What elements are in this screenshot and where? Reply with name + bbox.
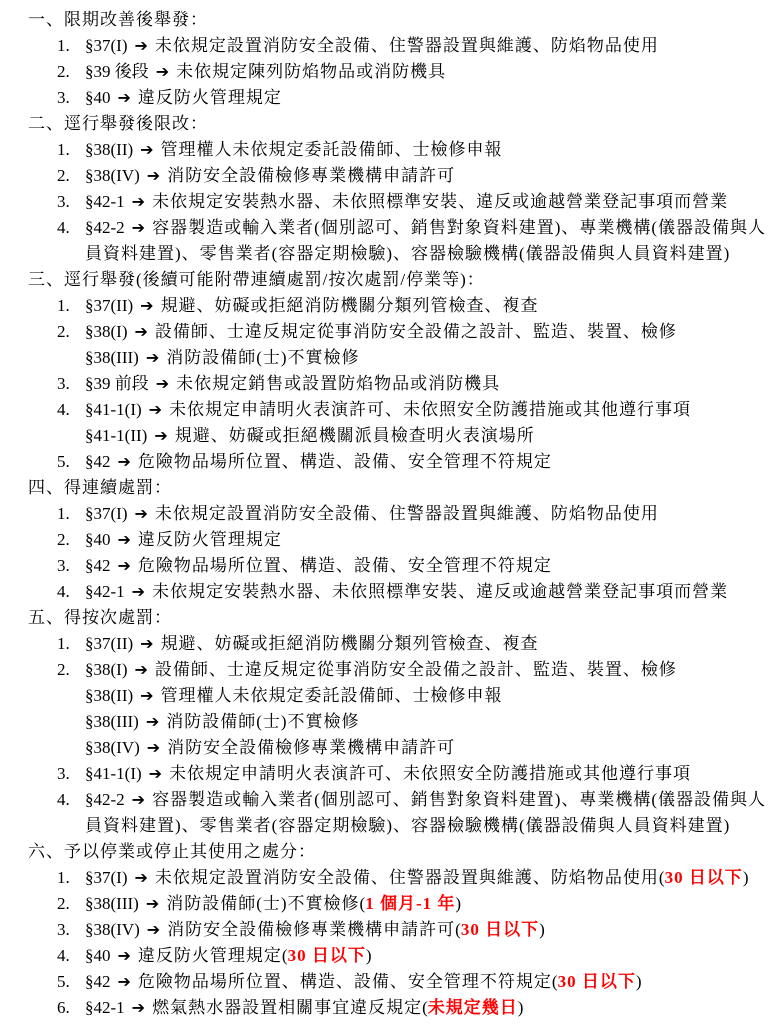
list-item: 3.§38(IV)➔消防安全設備檢修專業機構申請許可(30 日以下) xyxy=(0,917,778,943)
arrow-right-icon: ➔ xyxy=(118,946,131,965)
list-item: §38(IV)➔消防安全設備檢修專業機構申請許可 xyxy=(0,735,778,761)
list-item: 2.§38(I)➔設備師、士違反規定從事消防安全設備之設計、監造、裝置、檢修 xyxy=(0,657,778,683)
arrow-right-icon: ➔ xyxy=(132,998,145,1017)
arrow-right-icon: ➔ xyxy=(118,530,131,549)
item-number: 2. xyxy=(57,657,70,683)
list-item: 2.§39 後段➔未依規定陳列防焰物品或消防機具 xyxy=(0,59,778,85)
item-number: 3. xyxy=(57,761,70,787)
arrow-right-icon: ➔ xyxy=(146,894,159,913)
paren-close: ) xyxy=(455,894,461,913)
violation-text: 違反防火管理規定 xyxy=(138,530,282,549)
paren-close: ) xyxy=(539,920,545,939)
list-item: 3.§42➔危險物品場所位置、構造、設備、安全管理不符規定 xyxy=(0,553,778,579)
section-title: 予以停業或停止其使用之處分： xyxy=(64,842,316,861)
list-item: 2.§38(I)➔設備師、士違反規定從事消防安全設備之設計、監造、裝置、檢修 xyxy=(0,319,778,345)
violation-text: 管理權人未依規定委託設備師、士檢修申報 xyxy=(161,140,503,159)
item-number: 3. xyxy=(57,553,70,579)
violation-text: 未依規定設置消防安全設備、住警器設置與維護、防焰物品使用 xyxy=(155,504,659,523)
section-marker: 六、 xyxy=(28,842,64,861)
violation-text: 容器製造或輸入業者(個別認可、銷售對象資料建置)、專業機構(儀器設備與人員資料建… xyxy=(85,790,766,835)
arrow-right-icon: ➔ xyxy=(147,738,160,757)
list-item: §41-1(II)➔規避、妨礙或拒絕機關派員檢查明火表演場所 xyxy=(0,423,778,449)
item-number: 1. xyxy=(57,631,70,657)
list-item: 4.§41-1(I)➔未依規定申請明火表演許可、未依照安全防護措施或其他遵行事項 xyxy=(0,397,778,423)
list-item: §38(III)➔消防設備師(士)不實檢修 xyxy=(0,709,778,735)
paren-close: ) xyxy=(743,868,749,887)
violation-text: 未依規定安裝熱水器、未依照標準安裝、違反或逾越營業登記事項而營業 xyxy=(152,582,728,601)
item-number: 3. xyxy=(57,371,70,397)
section: 二、逕行舉發後限改：1.§38(II)➔管理權人未依規定委託設備師、士檢修申報2… xyxy=(0,111,778,267)
item-number: 3. xyxy=(57,917,70,943)
section: 五、得按次處罰：1.§37(II)➔規避、妨礙或拒絕消防機關分類列管檢查、複查2… xyxy=(0,605,778,839)
penalty-duration: 1 個月-1 年 xyxy=(365,894,455,913)
paren-close: ) xyxy=(366,946,372,965)
violation-text: 危險物品場所位置、構造、設備、安全管理不符規定 xyxy=(138,556,552,575)
statute-code: §39 前段 xyxy=(85,374,149,393)
item-number: 1. xyxy=(57,33,70,59)
arrow-right-icon: ➔ xyxy=(134,868,147,887)
arrow-right-icon: ➔ xyxy=(149,764,162,783)
statute-code: §41-1(II) xyxy=(85,426,147,445)
arrow-right-icon: ➔ xyxy=(140,296,153,315)
statute-code: §38(IV) xyxy=(85,738,140,757)
section-marker: 五、 xyxy=(28,608,64,627)
section: 三、逕行舉發(後續可能附帶連續處罰/按次處罰/停業等)：1.§37(II)➔規避… xyxy=(0,267,778,475)
item-number: 5. xyxy=(57,449,70,475)
statute-code: §42 xyxy=(85,556,111,575)
list-item: 1.§38(II)➔管理權人未依規定委託設備師、士檢修申報 xyxy=(0,137,778,163)
list-item: §38(III)➔消防設備師(士)不實檢修 xyxy=(0,345,778,371)
violation-text: 消防設備師(士)不實檢修 xyxy=(166,348,359,367)
list-item: 4.§40➔違反防火管理規定(30 日以下) xyxy=(0,943,778,969)
list-item: 4.§42-2➔容器製造或輸入業者(個別認可、銷售對象資料建置)、專業機構(儀器… xyxy=(0,787,778,839)
item-number: 4. xyxy=(57,787,70,813)
arrow-right-icon: ➔ xyxy=(146,712,159,731)
item-number: 2. xyxy=(57,319,70,345)
statute-code: §38(III) xyxy=(85,894,139,913)
item-number: 4. xyxy=(57,579,70,605)
violation-text: 設備師、士違反規定從事消防安全設備之設計、監造、裝置、檢修 xyxy=(155,322,677,341)
statute-code: §38(I) xyxy=(85,660,127,679)
statute-code: §42-1 xyxy=(85,192,125,211)
item-number: 2. xyxy=(57,527,70,553)
violation-text: 危險物品場所位置、構造、設備、安全管理不符規定 xyxy=(138,972,552,991)
arrow-right-icon: ➔ xyxy=(134,504,147,523)
violation-text: 管理權人未依規定委託設備師、士檢修申報 xyxy=(161,686,503,705)
arrow-right-icon: ➔ xyxy=(118,88,131,107)
penalty-duration: 30 日以下 xyxy=(665,868,743,887)
item-number: 1. xyxy=(57,137,70,163)
list-item: 2.§40➔違反防火管理規定 xyxy=(0,527,778,553)
item-number: 4. xyxy=(57,943,70,969)
section-title: 得連續處罰： xyxy=(64,478,172,497)
item-number: 3. xyxy=(57,85,70,111)
list-item: 4.§42-2➔容器製造或輸入業者(個別認可、銷售對象資料建置)、專業機構(儀器… xyxy=(0,215,778,267)
statute-code: §42-1 xyxy=(85,582,125,601)
list-item: 6.§42-1➔燃氣熱水器設置相關事宜違反規定(未規定幾日) xyxy=(0,995,778,1021)
violation-text: 未依規定申請明火表演許可、未依照安全防護措施或其他遵行事項 xyxy=(169,400,691,419)
section: 六、予以停業或停止其使用之處分：1.§37(I)➔未依規定設置消防安全設備、住警… xyxy=(0,839,778,1021)
violation-text: 消防設備師(士)不實檢修 xyxy=(166,712,359,731)
list-item: 4.§42-1➔未依規定安裝熱水器、未依照標準安裝、違反或逾越營業登記事項而營業 xyxy=(0,579,778,605)
statute-code: §38(II) xyxy=(85,140,133,159)
list-item: 1.§37(I)➔未依規定設置消防安全設備、住警器設置與維護、防焰物品使用 xyxy=(0,33,778,59)
penalty-duration: 30 日以下 xyxy=(558,972,636,991)
arrow-right-icon: ➔ xyxy=(156,374,169,393)
statute-code: §38(IV) xyxy=(85,920,140,939)
statute-code: §37(I) xyxy=(85,504,127,523)
section-header: 五、得按次處罰： xyxy=(0,605,778,631)
list-item: 3.§40➔違反防火管理規定 xyxy=(0,85,778,111)
arrow-right-icon: ➔ xyxy=(149,400,162,419)
section-title: 限期改善後舉發： xyxy=(64,10,208,29)
arrow-right-icon: ➔ xyxy=(132,790,145,809)
item-number: 1. xyxy=(57,501,70,527)
violation-text: 未依規定銷售或設置防焰物品或消防機具 xyxy=(176,374,500,393)
arrow-right-icon: ➔ xyxy=(134,660,147,679)
arrow-right-icon: ➔ xyxy=(156,62,169,81)
statute-code: §41-1(I) xyxy=(85,764,142,783)
list-item: 3.§41-1(I)➔未依規定申請明火表演許可、未依照安全防護措施或其他遵行事項 xyxy=(0,761,778,787)
section-title: 逕行舉發(後續可能附帶連續處罰/按次處罰/停業等)： xyxy=(64,270,485,289)
list-item: 1.§37(I)➔未依規定設置消防安全設備、住警器設置與維護、防焰物品使用(30… xyxy=(0,865,778,891)
violation-text: 未依規定陳列防焰物品或消防機具 xyxy=(176,62,446,81)
item-number: 6. xyxy=(57,995,70,1021)
section-marker: 三、 xyxy=(28,270,64,289)
item-number: 1. xyxy=(57,293,70,319)
list-item: 2.§38(III)➔消防設備師(士)不實檢修(1 個月-1 年) xyxy=(0,891,778,917)
violation-text: 消防設備師(士)不實檢修 xyxy=(166,894,359,913)
section-title: 逕行舉發後限改： xyxy=(64,114,208,133)
section-header: 三、逕行舉發(後續可能附帶連續處罰/按次處罰/停業等)： xyxy=(0,267,778,293)
violation-text: 違反防火管理規定 xyxy=(138,88,282,107)
item-number: 3. xyxy=(57,189,70,215)
paren-close: ) xyxy=(636,972,642,991)
statute-code: §38(III) xyxy=(85,712,139,731)
statute-code: §37(I) xyxy=(85,868,127,887)
statute-code: §40 xyxy=(85,530,111,549)
statute-code: §40 xyxy=(85,946,111,965)
document-page: 一、限期改善後舉發：1.§37(I)➔未依規定設置消防安全設備、住警器設置與維護… xyxy=(0,0,778,1024)
list-item: 1.§37(I)➔未依規定設置消防安全設備、住警器設置與維護、防焰物品使用 xyxy=(0,501,778,527)
item-number: 1. xyxy=(57,865,70,891)
statute-code: §37(II) xyxy=(85,634,133,653)
violation-text: 未依規定設置消防安全設備、住警器設置與維護、防焰物品使用 xyxy=(155,36,659,55)
arrow-right-icon: ➔ xyxy=(140,634,153,653)
violation-text: 規避、妨礙或拒絕消防機關分類列管檢查、複查 xyxy=(161,634,539,653)
section-marker: 二、 xyxy=(28,114,64,133)
arrow-right-icon: ➔ xyxy=(146,348,159,367)
section-header: 二、逕行舉發後限改： xyxy=(0,111,778,137)
statute-code: §42 xyxy=(85,972,111,991)
item-number: 4. xyxy=(57,397,70,423)
section-marker: 一、 xyxy=(28,10,64,29)
statute-code: §37(II) xyxy=(85,296,133,315)
statute-code: §38(IV) xyxy=(85,166,140,185)
statute-code: §38(I) xyxy=(85,322,127,341)
statute-code: §40 xyxy=(85,88,111,107)
section: 一、限期改善後舉發：1.§37(I)➔未依規定設置消防安全設備、住警器設置與維護… xyxy=(0,7,778,111)
violation-text: 燃氣熱水器設置相關事宜違反規定 xyxy=(152,998,422,1017)
statute-code: §42-2 xyxy=(85,218,125,237)
violation-text: 消防安全設備檢修專業機構申請許可 xyxy=(167,166,455,185)
arrow-right-icon: ➔ xyxy=(118,452,131,471)
violation-text: 消防安全設備檢修專業機構申請許可 xyxy=(167,738,455,757)
statute-code: §42 xyxy=(85,452,111,471)
arrow-right-icon: ➔ xyxy=(147,920,160,939)
list-item: 3.§42-1➔未依規定安裝熱水器、未依照標準安裝、違反或逾越營業登記事項而營業 xyxy=(0,189,778,215)
arrow-right-icon: ➔ xyxy=(154,426,167,445)
arrow-right-icon: ➔ xyxy=(134,322,147,341)
statute-code: §39 後段 xyxy=(85,62,149,81)
statute-code: §38(II) xyxy=(85,686,133,705)
paren-close: ) xyxy=(518,998,524,1017)
arrow-right-icon: ➔ xyxy=(118,972,131,991)
violation-text: 容器製造或輸入業者(個別認可、銷售對象資料建置)、專業機構(儀器設備與人員資料建… xyxy=(85,218,766,263)
arrow-right-icon: ➔ xyxy=(140,140,153,159)
section-marker: 四、 xyxy=(28,478,64,497)
statute-code: §42-2 xyxy=(85,790,125,809)
violation-text: 未依規定申請明火表演許可、未依照安全防護措施或其他遵行事項 xyxy=(169,764,691,783)
section: 四、得連續處罰：1.§37(I)➔未依規定設置消防安全設備、住警器設置與維護、防… xyxy=(0,475,778,605)
statute-code: §38(III) xyxy=(85,348,139,367)
statute-code: §37(I) xyxy=(85,36,127,55)
arrow-right-icon: ➔ xyxy=(118,556,131,575)
item-number: 2. xyxy=(57,163,70,189)
violation-text: 設備師、士違反規定從事消防安全設備之設計、監造、裝置、檢修 xyxy=(155,660,677,679)
section-header: 六、予以停業或停止其使用之處分： xyxy=(0,839,778,865)
penalty-duration: 30 日以下 xyxy=(288,946,366,965)
violation-text: 規避、妨礙或拒絕機關派員檢查明火表演場所 xyxy=(175,426,535,445)
arrow-right-icon: ➔ xyxy=(132,582,145,601)
penalty-duration: 未規定幾日 xyxy=(428,998,518,1017)
section-title: 得按次處罰： xyxy=(64,608,172,627)
arrow-right-icon: ➔ xyxy=(132,192,145,211)
list-item: 5.§42➔危險物品場所位置、構造、設備、安全管理不符規定 xyxy=(0,449,778,475)
statute-code: §42-1 xyxy=(85,998,125,1017)
list-item: 1.§37(II)➔規避、妨礙或拒絕消防機關分類列管檢查、複查 xyxy=(0,631,778,657)
penalty-duration: 30 日以下 xyxy=(461,920,539,939)
list-item: §38(II)➔管理權人未依規定委託設備師、士檢修申報 xyxy=(0,683,778,709)
item-number: 2. xyxy=(57,891,70,917)
violation-text: 違反防火管理規定 xyxy=(138,946,282,965)
violation-text: 規避、妨礙或拒絕消防機關分類列管檢查、複查 xyxy=(161,296,539,315)
list-item: 2.§38(IV)➔消防安全設備檢修專業機構申請許可 xyxy=(0,163,778,189)
arrow-right-icon: ➔ xyxy=(132,218,145,237)
list-item: 3.§39 前段➔未依規定銷售或設置防焰物品或消防機具 xyxy=(0,371,778,397)
item-number: 2. xyxy=(57,59,70,85)
arrow-right-icon: ➔ xyxy=(140,686,153,705)
section-header: 一、限期改善後舉發： xyxy=(0,7,778,33)
arrow-right-icon: ➔ xyxy=(147,166,160,185)
item-number: 4. xyxy=(57,215,70,241)
section-header: 四、得連續處罰： xyxy=(0,475,778,501)
violation-text: 危險物品場所位置、構造、設備、安全管理不符規定 xyxy=(138,452,552,471)
statute-code: §41-1(I) xyxy=(85,400,142,419)
violation-text: 未依規定安裝熱水器、未依照標準安裝、違反或逾越營業登記事項而營業 xyxy=(152,192,728,211)
item-number: 5. xyxy=(57,969,70,995)
violation-text: 消防安全設備檢修專業機構申請許可 xyxy=(167,920,455,939)
document-content: 一、限期改善後舉發：1.§37(I)➔未依規定設置消防安全設備、住警器設置與維護… xyxy=(0,7,778,1021)
violation-text: 未依規定設置消防安全設備、住警器設置與維護、防焰物品使用 xyxy=(155,868,659,887)
arrow-right-icon: ➔ xyxy=(134,36,147,55)
list-item: 5.§42➔危險物品場所位置、構造、設備、安全管理不符規定(30 日以下) xyxy=(0,969,778,995)
list-item: 1.§37(II)➔規避、妨礙或拒絕消防機關分類列管檢查、複查 xyxy=(0,293,778,319)
